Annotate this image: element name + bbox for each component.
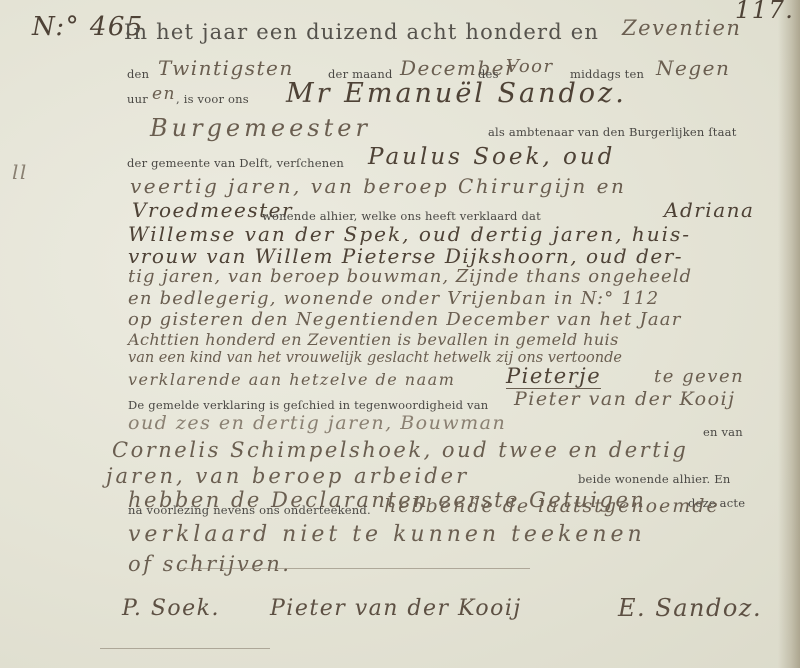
- hand-en: en: [152, 84, 176, 104]
- print-uur: uur: [127, 92, 148, 106]
- hand-witness-2-occupation: jaren, van beroep arbeider: [106, 464, 469, 488]
- hand-witness-1: Pieter van der Kooij: [514, 388, 736, 410]
- hand-line-15a: verklarende aan hetzelve de naam: [128, 370, 455, 389]
- hand-te-geven: te geven: [654, 366, 744, 387]
- hand-hour: Negen: [656, 56, 730, 80]
- signature-declarant: P. Soek.: [122, 596, 220, 621]
- page-edge-shadow: [778, 0, 800, 668]
- hand-line-12: op gisteren den Negentienden December va…: [128, 309, 682, 330]
- print-beide-wonende: beide wonende alhier. En: [578, 472, 730, 486]
- hand-line-22: verklaard niet te kunnen teekenen: [128, 522, 646, 547]
- hand-line-10: tig jaren, van beroep bouwman, Zijnde th…: [128, 266, 692, 287]
- hand-line-23: of schrijven.: [128, 552, 291, 576]
- print-verklaring: De gemelde verklaring is geſchied in teg…: [128, 398, 488, 412]
- hand-child-name: Pieterje: [506, 364, 601, 389]
- margin-note: ll: [12, 160, 28, 184]
- print-is-voor-ons: , is voor ons: [176, 92, 249, 106]
- hand-line-9: vrouw van Willem Pieterse Dijkshoorn, ou…: [128, 244, 683, 268]
- signature-officer: E. Sandoz.: [618, 594, 762, 622]
- hand-witness-1-age: oud zes en dertig jaren, Bouwman: [128, 412, 506, 434]
- hand-mother-first: Adriana: [664, 198, 754, 222]
- hand-year: Zeventien: [622, 16, 741, 40]
- hand-title-burgemeester: Burgemeester: [150, 114, 371, 142]
- fill-rule: [180, 568, 530, 569]
- hand-line-6: veertig jaren, van beroep Chirurgijn en: [130, 174, 626, 198]
- hand-line-21: hebbende de laatstgenoemde: [384, 495, 720, 517]
- hand-line-11: en bedlegerig, wonende onder Vrijenban i…: [128, 288, 659, 309]
- page-number: 117.: [735, 0, 794, 24]
- signature-witness: Pieter van der Kooij: [270, 596, 522, 621]
- hand-witness-2: Cornelis Schimpelshoek, oud twee en dert…: [112, 438, 688, 462]
- hand-line-8: Willemse van der Spek, oud dertig jaren,…: [128, 222, 691, 246]
- hand-officer-name: Mr Emanuël Sandoz.: [286, 78, 627, 109]
- hand-day: Twintigsten: [158, 56, 294, 80]
- print-gemeente-delft: der gemeente van Delft, verſchenen: [127, 156, 344, 170]
- print-en-van: en van: [703, 425, 743, 439]
- print-ambtenaar: als ambtenaar van den Burgerlijken ſtaat: [488, 125, 737, 139]
- print-wonende-verklaard: wonende alhier, welke ons heeft verklaar…: [262, 209, 541, 223]
- hand-declarant: Paulus Soek, oud: [368, 144, 615, 170]
- signature-rule: [100, 648, 270, 649]
- document-page: 117. ll N:° 465 In het jaar een duizend …: [0, 0, 800, 668]
- hand-voor: Voor: [506, 56, 554, 77]
- print-den: den: [127, 67, 149, 81]
- print-voorlezing: na voorlezing nevens ons onderteekend.: [128, 503, 371, 517]
- hand-line-13: Achttien honderd en Zeventien is bevalle…: [128, 330, 619, 349]
- print-line-1: In het jaar een duizend acht honderd en: [124, 20, 599, 44]
